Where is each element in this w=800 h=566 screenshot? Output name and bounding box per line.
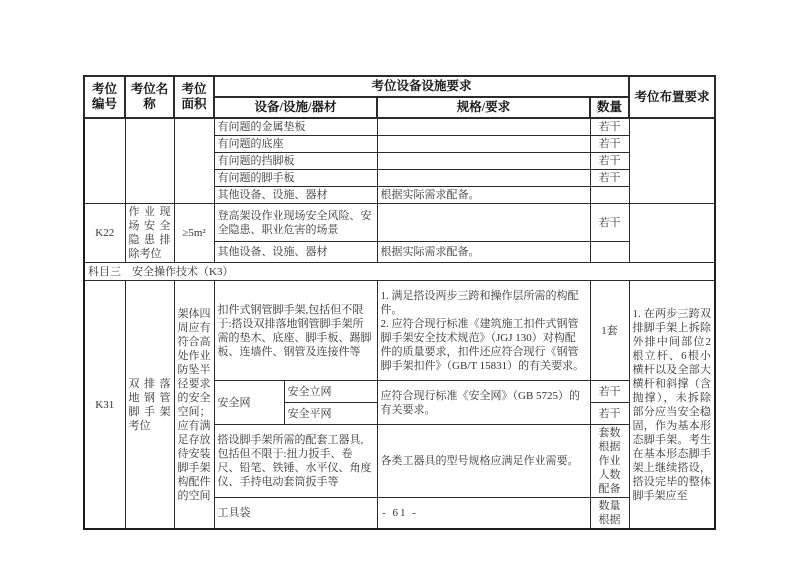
cell-device: 有问题的脚手板	[214, 170, 377, 187]
col-header-exam-area: 考位面积	[174, 76, 214, 118]
cell-spec	[377, 170, 590, 187]
table-row: 有问题的金属垫板 若干	[84, 118, 715, 136]
cell-spec: 各类工器具的型号规格应满足作业需要。	[377, 425, 590, 498]
cell-device-sub: 安全立网	[284, 381, 377, 403]
cell-quantity	[590, 187, 629, 204]
cell-exam-area: 架体四周应有符合高处作业防坠半径要求的安全空间；应有满足存放待安装脚手架构配件的…	[174, 281, 214, 530]
cell-quantity: 若干	[590, 204, 629, 242]
cell-layout: 1. 在两步三跨双排脚手架上拆除外排中间部位2根立杆、6根小横杆以及全部大横杆和…	[629, 281, 715, 530]
cell-device: 扣件式钢管脚手架,包括但不限于:搭设双排落地钢管脚手架所需的垫木、底座、脚手板、…	[214, 281, 377, 381]
cell-quantity	[590, 242, 629, 263]
cell-spec	[377, 204, 590, 242]
cell-spec	[377, 118, 590, 136]
table-header-row-1: 考位编号 考位名称 考位面积 考位设备设施要求 考位布置要求	[84, 76, 715, 97]
col-header-device: 设备/设施/器材	[214, 97, 377, 118]
cell-spec: 1. 满足搭设两步三跨和操作层所需的构配件。 2. 应符合现行标准《建筑施工扣件…	[377, 281, 590, 381]
cell-quantity: 套数根据作业人数配备	[590, 425, 629, 498]
cell-spec: 根据实际需求配备。	[377, 187, 590, 204]
cell-exam-name-empty	[125, 118, 174, 204]
cell-device: 搭设脚手架所需的配套工器具,包括但不限于:扭力扳手、卷尺、铅笔、铁锤、水平仪、角…	[214, 425, 377, 498]
cell-device: 有问题的底座	[214, 136, 377, 153]
cell-exam-id: K22	[84, 204, 125, 263]
cell-exam-id: K31	[84, 281, 125, 530]
cell-quantity: 1套	[590, 281, 629, 381]
table-row-k31: K31 双排落地钢管脚手架考位 架体四周应有符合高处作业防坠半径要求的安全空间；…	[84, 281, 715, 381]
cell-spec	[377, 136, 590, 153]
col-header-exam-name: 考位名称	[125, 76, 174, 118]
cell-device: 有问题的挡脚板	[214, 153, 377, 170]
cell-device-sub: 安全平网	[284, 403, 377, 425]
col-header-exam-id: 考位编号	[84, 76, 125, 118]
cell-quantity: 若干	[590, 118, 629, 136]
cell-spec: 根据实际需求配备。	[377, 242, 590, 263]
cell-exam-id-empty	[84, 118, 125, 204]
cell-device: 有问题的金属垫板	[214, 118, 377, 136]
page-number: - 61 -	[0, 507, 800, 519]
col-header-layout: 考位布置要求	[629, 76, 715, 118]
cell-device: 其他设备、设施、器材	[214, 187, 377, 204]
cell-exam-area-empty	[174, 118, 214, 204]
cell-exam-area: ≥5m²	[174, 204, 214, 263]
section-header-row: 科目三 安全操作技术（K3）	[84, 263, 715, 281]
section-header-label: 科目三 安全操作技术（K3）	[84, 263, 715, 281]
cell-spec: 应符合现行标准《安全网》（GB 5725）的有关要求。	[377, 381, 590, 425]
cell-device-group: 安全网	[214, 381, 284, 425]
exam-site-table-wrapper: 考位编号 考位名称 考位面积 考位设备设施要求 考位布置要求 设备/设施/器材 …	[83, 75, 716, 530]
document-page: 考位编号 考位名称 考位面积 考位设备设施要求 考位布置要求 设备/设施/器材 …	[0, 0, 800, 566]
cell-exam-name: 双排落地钢管脚手架考位	[125, 281, 174, 530]
cell-device: 登高架设作业现场安全风险、安全隐患、职业危害的场景	[214, 204, 377, 242]
table-row-k22: K22 作业现场安全隐患排除考位 ≥5m² 登高架设作业现场安全风险、安全隐患、…	[84, 204, 715, 242]
cell-layout-empty	[629, 204, 715, 263]
cell-quantity: 若干	[590, 153, 629, 170]
exam-site-equipment-table: 考位编号 考位名称 考位面积 考位设备设施要求 考位布置要求 设备/设施/器材 …	[83, 75, 716, 530]
cell-quantity: 若干	[590, 403, 629, 425]
col-header-quantity: 数量	[590, 97, 629, 118]
cell-exam-name: 作业现场安全隐患排除考位	[125, 204, 174, 263]
cell-quantity: 若干	[590, 170, 629, 187]
cell-spec	[377, 153, 590, 170]
cell-device: 其他设备、设施、器材	[214, 242, 377, 263]
col-header-spec: 规格/要求	[377, 97, 590, 118]
cell-layout-empty	[629, 118, 715, 204]
col-header-equipment-group: 考位设备设施要求	[214, 76, 629, 97]
cell-quantity: 若干	[590, 136, 629, 153]
cell-quantity: 若干	[590, 381, 629, 403]
